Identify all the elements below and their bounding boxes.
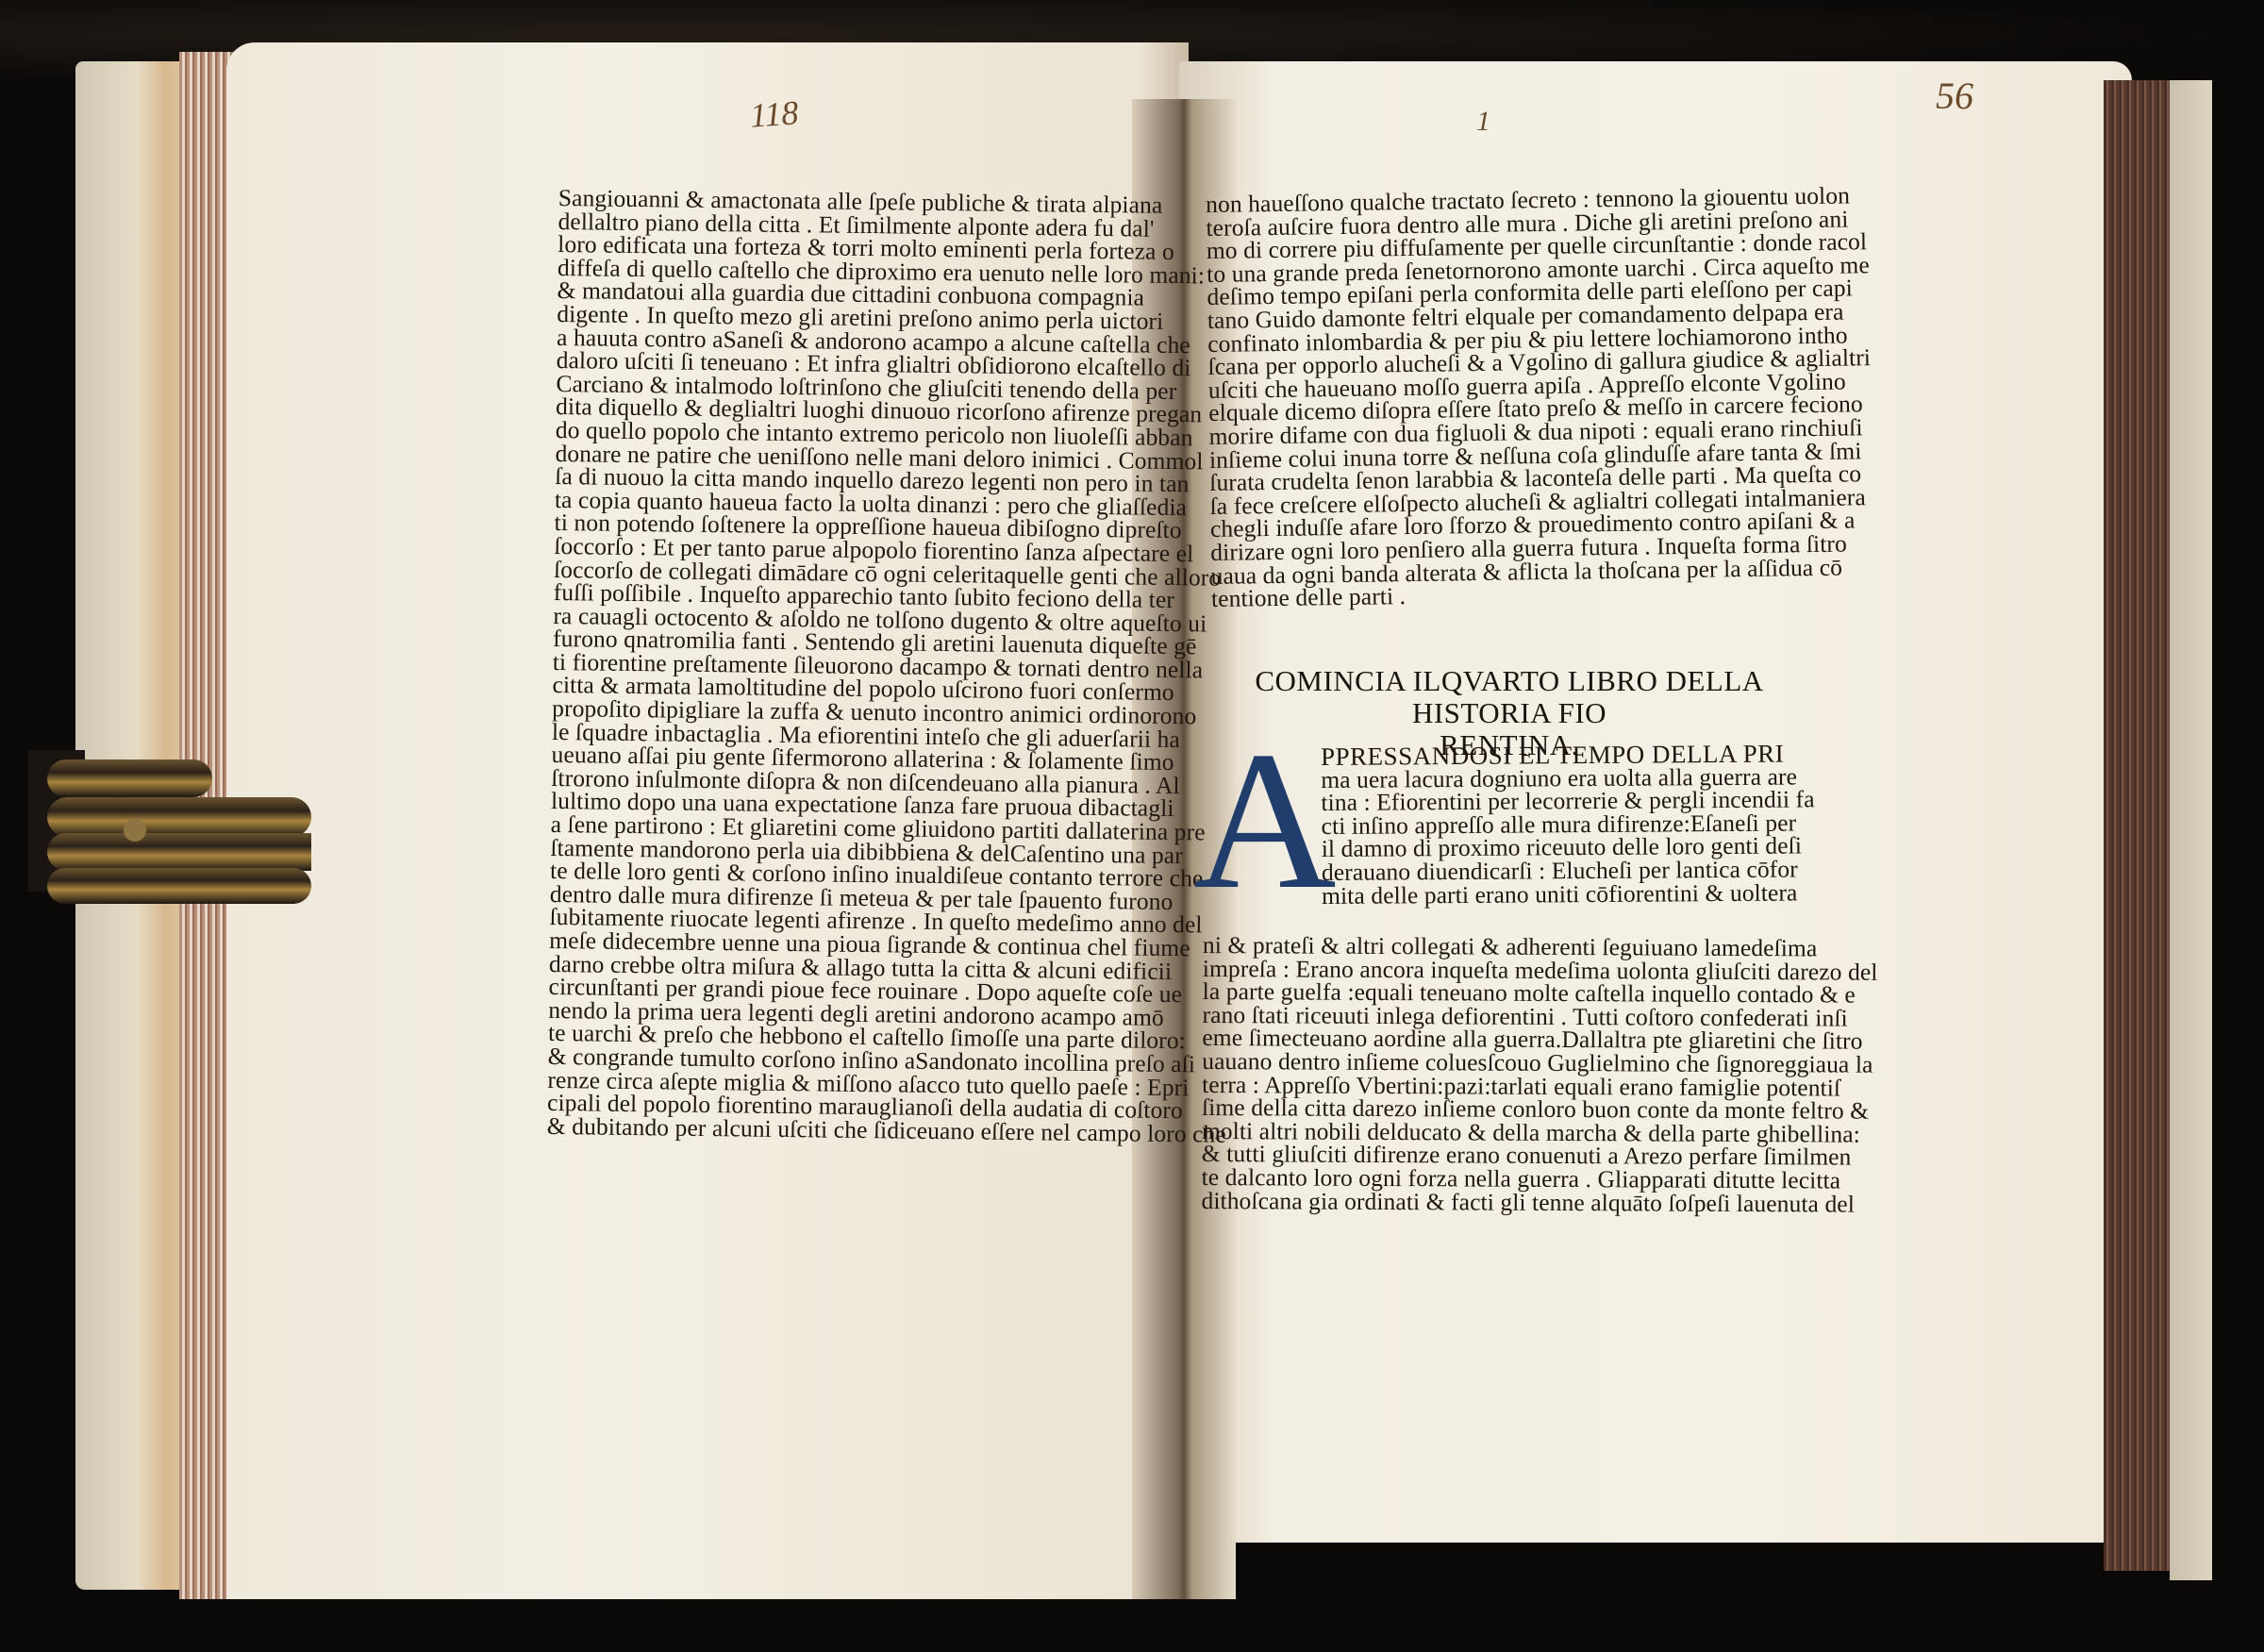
right-page-text-bottom: ni & prateſi & altri collegati & adheren… bbox=[1201, 934, 1877, 1216]
text-line: mita delle parti erano uniti cōfiorentin… bbox=[1322, 881, 1815, 908]
right-page-annotation: 1 bbox=[1476, 106, 1490, 138]
left-page-text: Sangiouanni & amactonata alle ſpeſe publ… bbox=[547, 187, 1238, 1146]
right-page-text-beside-initial: PPRESSANDOSI EL TEMPO DELLA PRIma uera l… bbox=[1321, 742, 1815, 908]
right-page-text-top: non haueſſono qualche tractato ſecreto :… bbox=[1206, 184, 1874, 610]
left-page-annotation: 118 bbox=[749, 92, 800, 135]
decorated-initial: A bbox=[1193, 731, 1337, 910]
right-cover bbox=[2170, 80, 2212, 1580]
folio-number: 56 bbox=[1936, 74, 1973, 118]
text-line: dithoſcana gia ordinati & facti gli tenn… bbox=[1201, 1190, 1876, 1216]
bronze-hand-clamp-icon bbox=[28, 731, 311, 906]
right-page-edges bbox=[2104, 80, 2179, 1571]
